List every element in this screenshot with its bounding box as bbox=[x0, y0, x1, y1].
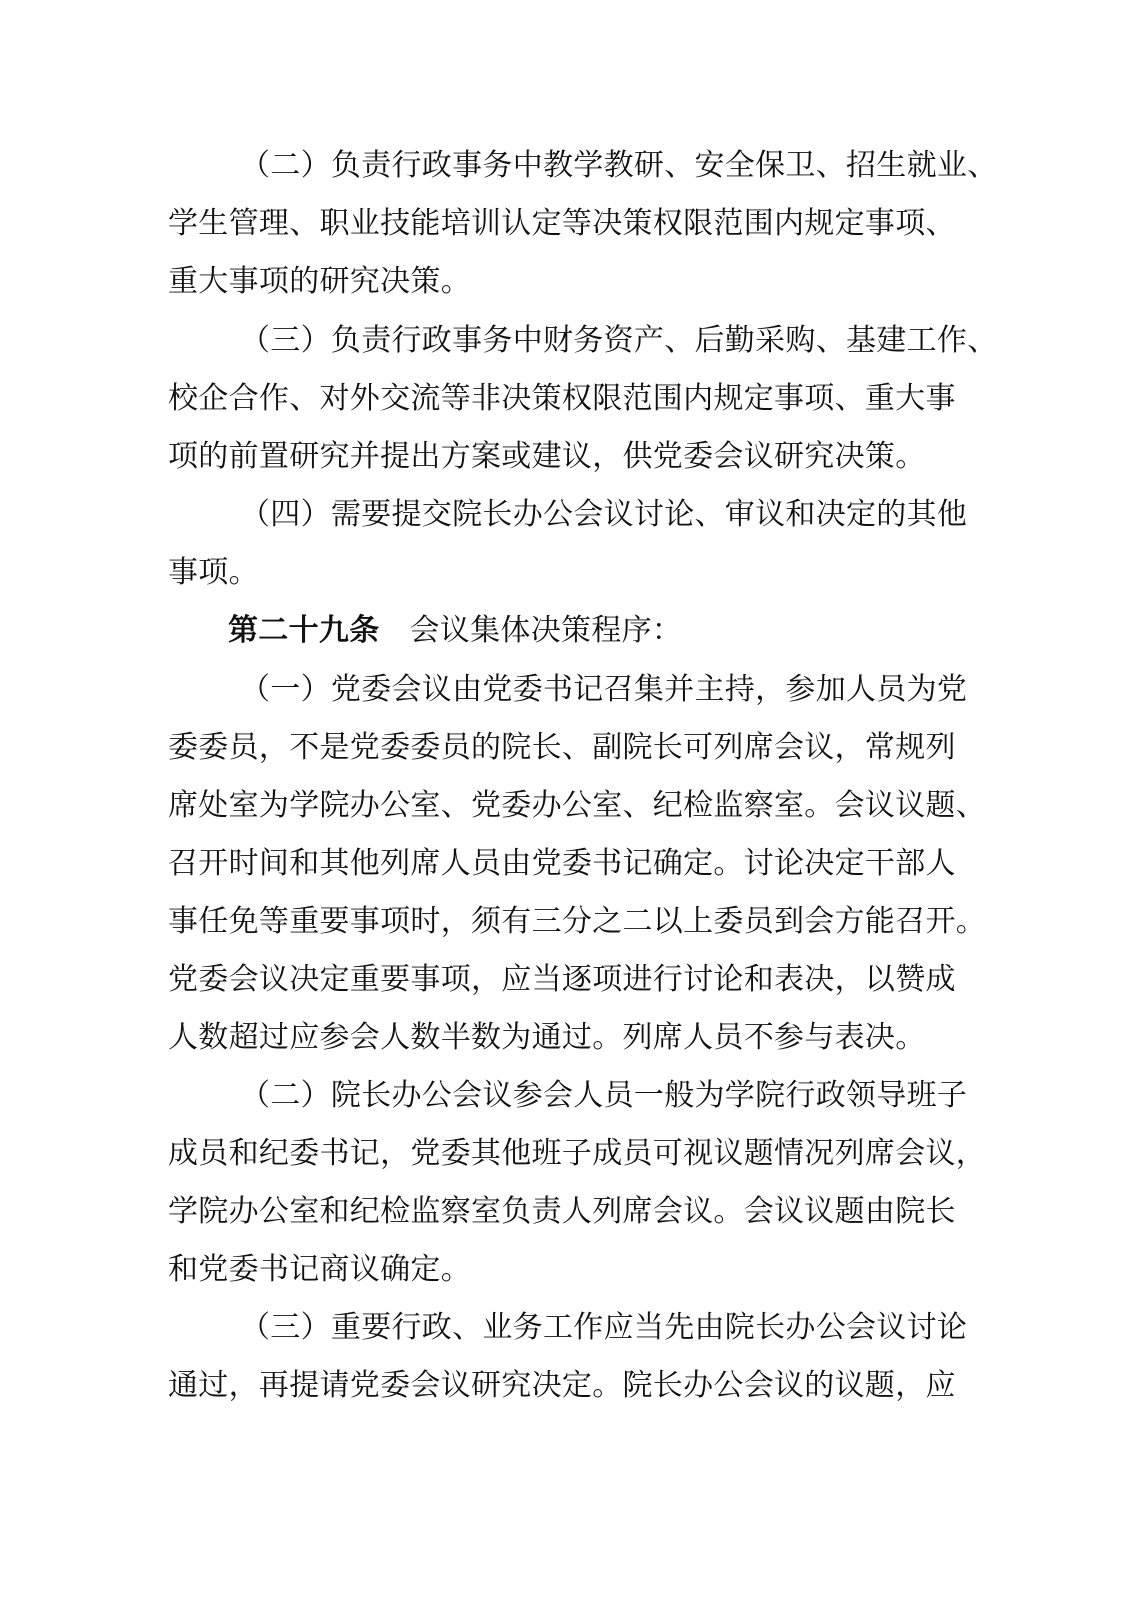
article-item-line: （二）院长办公会议参会人员一般为学院行政领导班子 bbox=[240, 1076, 958, 1116]
paragraph-line: （三）负责行政事务中财务资产、后勤采购、基建工作、 bbox=[240, 321, 958, 361]
article-item-line: 事任免等重要事项时，须有三分之二以上委员到会方能召开。 bbox=[168, 902, 958, 942]
paragraph-line: 事项。 bbox=[168, 553, 958, 593]
article-item-line: 席处室为学院办公室、党委办公室、纪检监察室。会议议题、 bbox=[168, 786, 958, 826]
article-item-line: （三）重要行政、业务工作应当先由院长办公会议讨论 bbox=[240, 1308, 958, 1348]
article-item-line: 委委员，不是党委委员的院长、副院长可列席会议，常规列 bbox=[168, 728, 958, 768]
article-item-line: 召开时间和其他列席人员由党委书记确定。讨论决定干部人 bbox=[168, 844, 958, 884]
article-item-line: 通过，再提请党委会议研究决定。院长办公会议的议题，应 bbox=[168, 1366, 958, 1406]
document-page: （二）负责行政事务中教学教研、安全保卫、招生就业、 学生管理、职业技能培训认定等… bbox=[0, 0, 1131, 1600]
article-item-line: 和党委书记商议确定。 bbox=[168, 1250, 958, 1290]
paragraph-line: 学生管理、职业技能培训认定等决策权限范围内规定事项、 bbox=[168, 204, 958, 244]
paragraph-line: 项的前置研究并提出方案或建议，供党委会议研究决策。 bbox=[168, 437, 958, 477]
paragraph-line: （四）需要提交院长办公会议讨论、审议和决定的其他 bbox=[240, 495, 958, 535]
article-item-line: （一）党委会议由党委书记召集并主持，参加人员为党 bbox=[240, 670, 958, 710]
article-number: 第二十九条 bbox=[228, 613, 380, 648]
paragraph-line: 重大事项的研究决策。 bbox=[168, 262, 958, 302]
paragraph-line: （二）负责行政事务中教学教研、安全保卫、招生就业、 bbox=[240, 146, 958, 186]
article-item-line: 学院办公室和纪检监察室负责人列席会议。会议议题由院长 bbox=[168, 1192, 958, 1232]
paragraph-line: 校企合作、对外交流等非决策权限范围内规定事项、重大事 bbox=[168, 379, 958, 419]
article-item-line: 人数超过应参会人数半数为通过。列席人员不参与表决。 bbox=[168, 1018, 958, 1058]
article-item-line: 成员和纪委书记，党委其他班子成员可视议题情况列席会议， bbox=[168, 1134, 958, 1174]
article-title: 会议集体决策程序： bbox=[410, 613, 683, 648]
article-item-line: 党委会议决定重要事项，应当逐项进行讨论和表决，以赞成 bbox=[168, 960, 958, 1000]
article-heading: 第二十九条会议集体决策程序： bbox=[228, 611, 1018, 651]
